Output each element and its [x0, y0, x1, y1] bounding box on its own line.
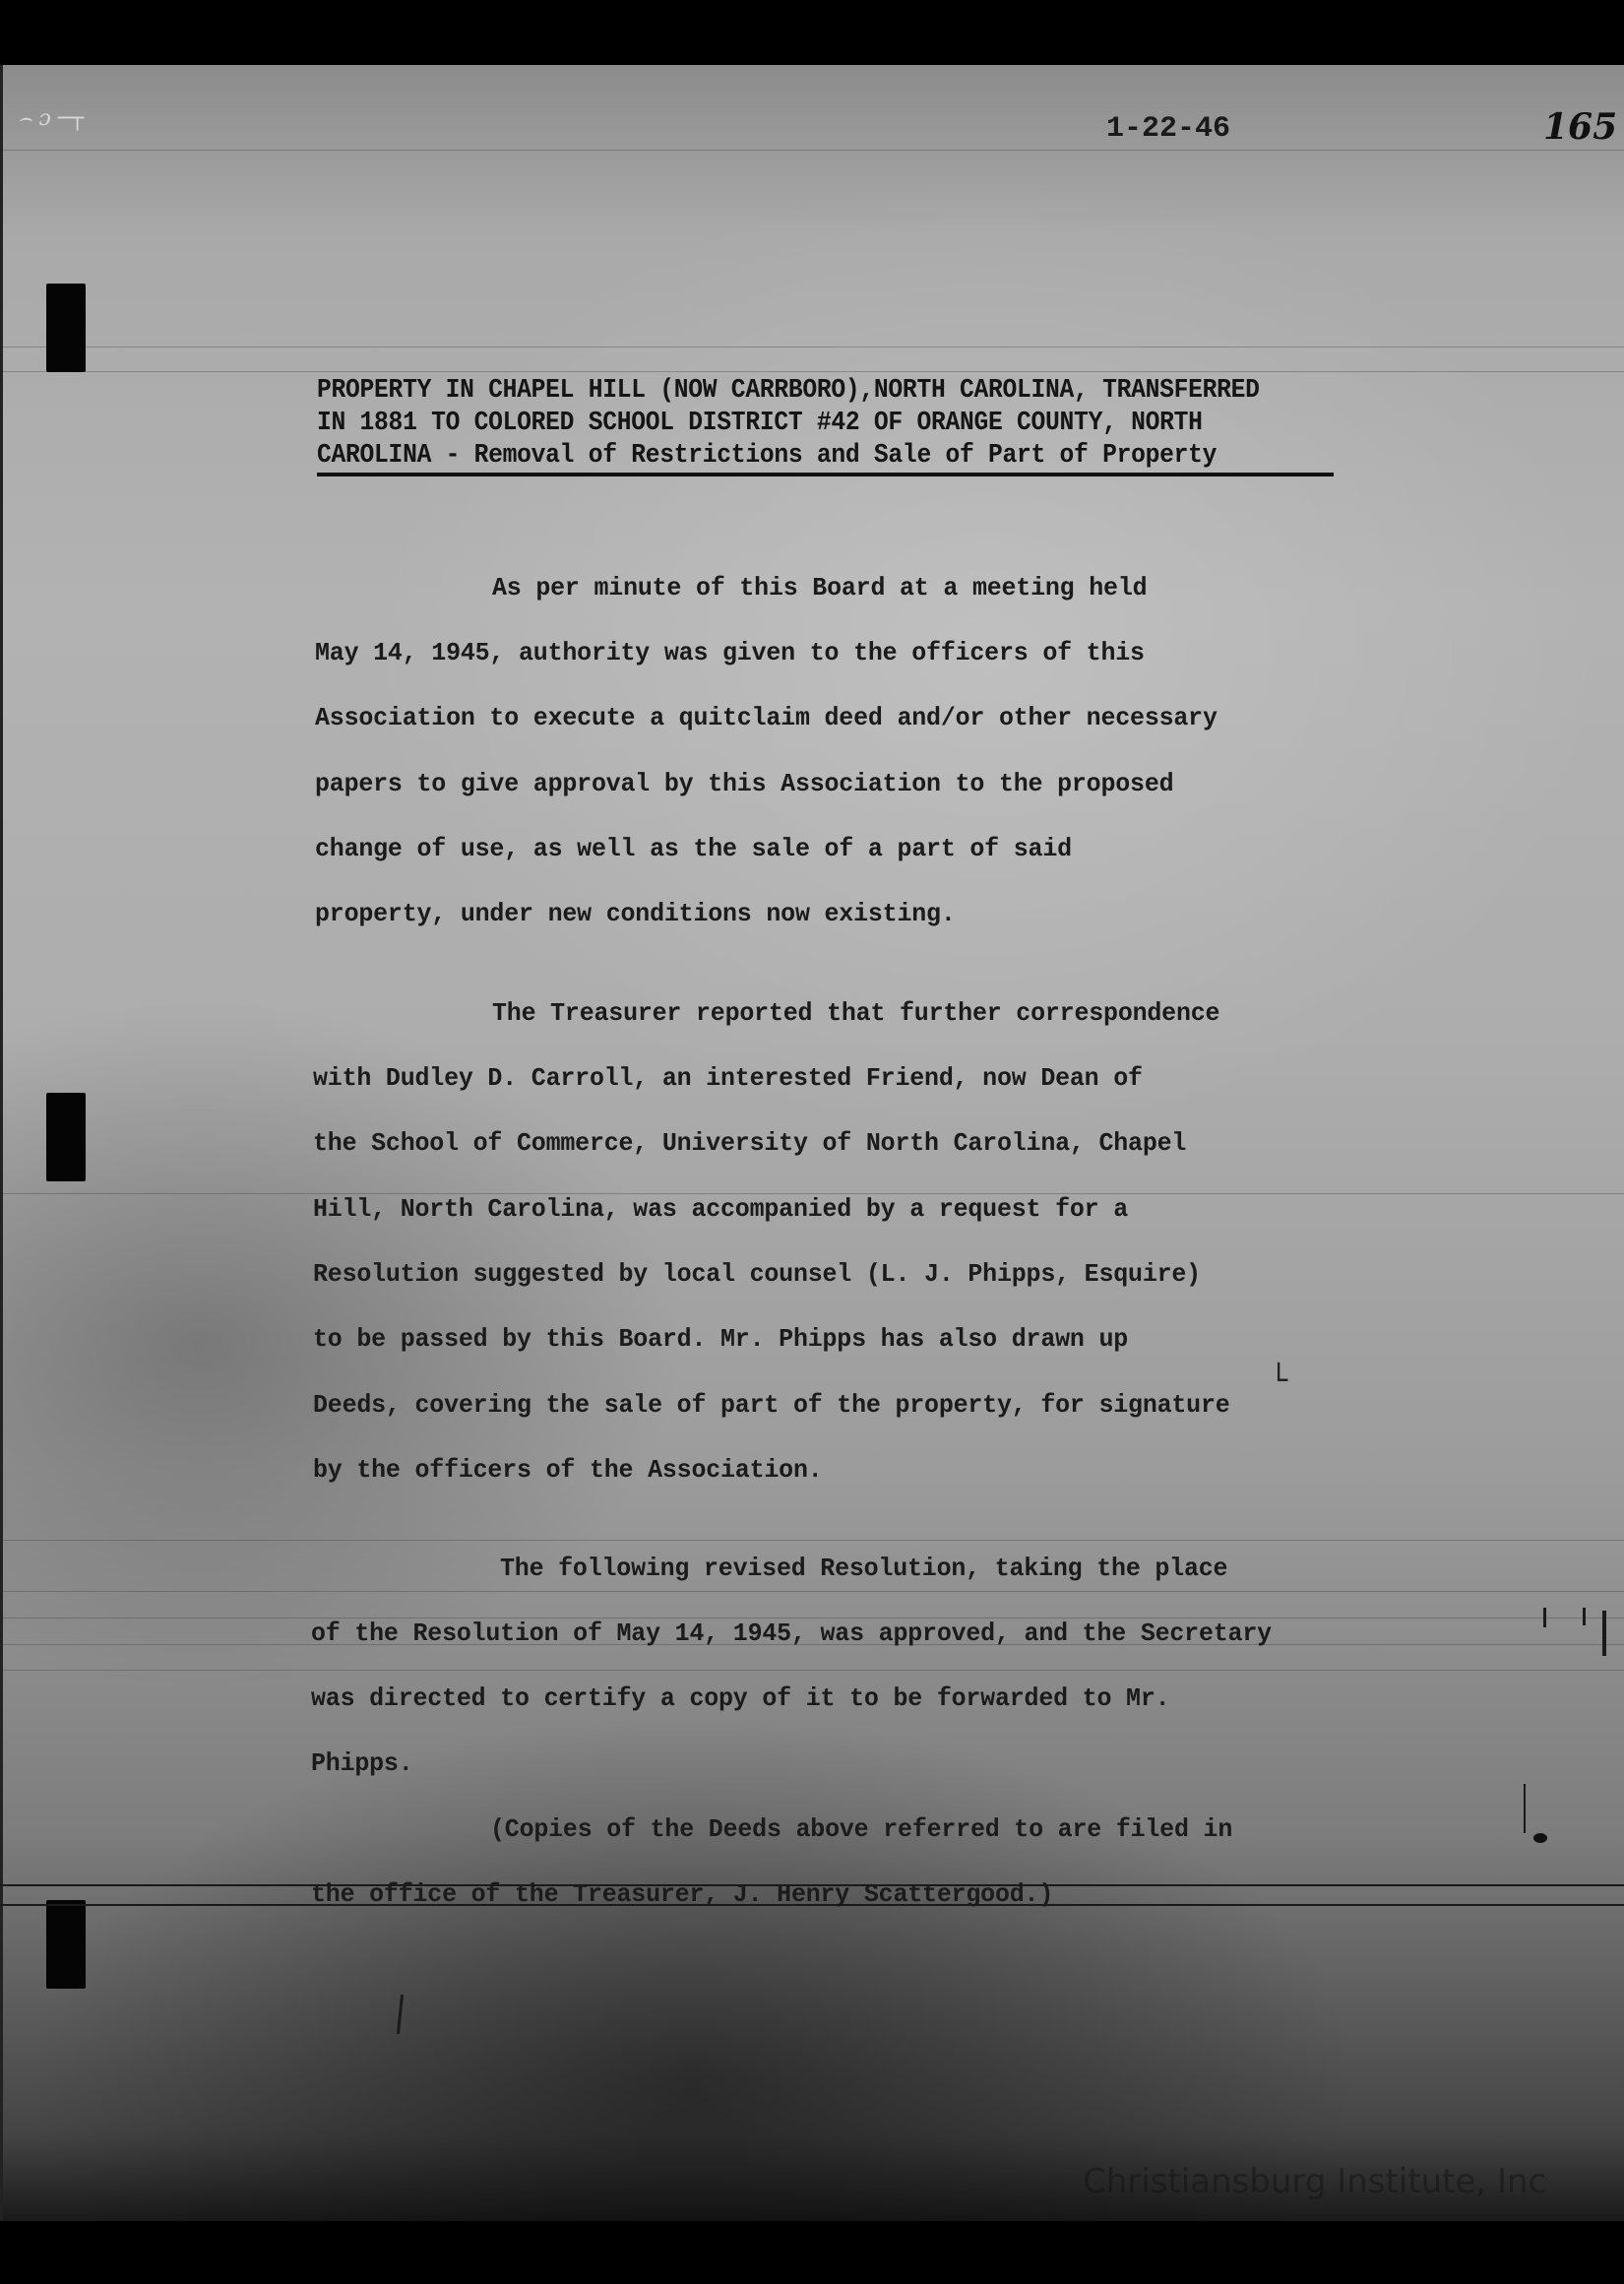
paragraph-1-line: As per minute of this Board at a meeting…: [492, 573, 1147, 603]
paragraph-2-line: by the officers of the Association.: [313, 1455, 823, 1485]
title-line: IN 1881 TO COLORED SCHOOL DISTRICT #42 O…: [317, 407, 1343, 439]
binder-hole: [46, 284, 86, 372]
ink-blot: [1533, 1833, 1547, 1843]
page-number: 165: [1543, 106, 1617, 148]
watermark: Christiansburg Institute, Inc: [1083, 2162, 1546, 2201]
paragraph-4-line: (Copies of the Deeds above referred to a…: [490, 1814, 1232, 1844]
binder-hole: [46, 1093, 86, 1181]
title-line: PROPERTY IN CHAPEL HILL (NOW CARRBORO),N…: [317, 374, 1343, 407]
paragraph-1-line: Association to execute a quitclaim deed …: [315, 703, 1218, 732]
ledger-rule: [3, 1670, 1624, 1671]
margin-bracket-mark: [1602, 1611, 1606, 1656]
paragraph-3-line: was directed to certify a copy of it to …: [311, 1683, 1169, 1713]
paragraph-2-line: with Dudley D. Carroll, an interested Fr…: [313, 1063, 1143, 1093]
margin-tick: [1543, 1608, 1546, 1627]
ledger-rule: [3, 347, 1624, 348]
binder-hole: [46, 1900, 86, 1989]
ledger-line-dark: [0, 1904, 1624, 1906]
paragraph-1-line: property, under new conditions now exist…: [315, 899, 956, 928]
date-stamp: 1-22-46: [1106, 112, 1230, 146]
ledger-line-dark: [0, 1884, 1624, 1886]
checkmark-icon: └: [1270, 1364, 1287, 1398]
corner-annotation: ⌢ ɔ ─┬: [18, 106, 84, 131]
margin-tick: [1524, 1784, 1526, 1833]
paragraph-3-line: The following revised Resolution, taking…: [500, 1554, 1227, 1583]
paragraph-2-line: to be passed by this Board. Mr. Phipps h…: [313, 1324, 1128, 1354]
paragraph-3-line: Phipps.: [311, 1748, 413, 1778]
paragraph-2-line: the School of Commerce, University of No…: [313, 1128, 1186, 1158]
margin-tick: [1583, 1608, 1586, 1625]
paragraph-2-line: Deeds, covering the sale of part of the …: [313, 1390, 1230, 1420]
document-title: PROPERTY IN CHAPEL HILL (NOW CARRBORO),N…: [317, 374, 1343, 472]
ledger-rule: [3, 1591, 1624, 1592]
ledger-rule: [3, 1540, 1624, 1541]
ledger-rule: [3, 150, 1624, 151]
paragraph-2-line: The Treasurer reported that further corr…: [492, 998, 1219, 1028]
paragraph-2-line: Resolution suggested by local counsel (L…: [313, 1259, 1201, 1289]
paragraph-1-line: papers to give approval by this Associat…: [315, 769, 1173, 798]
ledger-rule: [3, 371, 1624, 372]
paragraph-1-line: May 14, 1945, authority was given to the…: [315, 638, 1145, 667]
title-underline: [317, 473, 1334, 476]
paragraph-3-line: of the Resolution of May 14, 1945, was a…: [311, 1618, 1272, 1648]
paragraph-2-line: Hill, North Carolina, was accompanied by…: [313, 1194, 1128, 1224]
paragraph-1-line: change of use, as well as the sale of a …: [315, 834, 1072, 863]
title-line: CAROLINA - Removal of Restrictions and S…: [317, 439, 1343, 472]
